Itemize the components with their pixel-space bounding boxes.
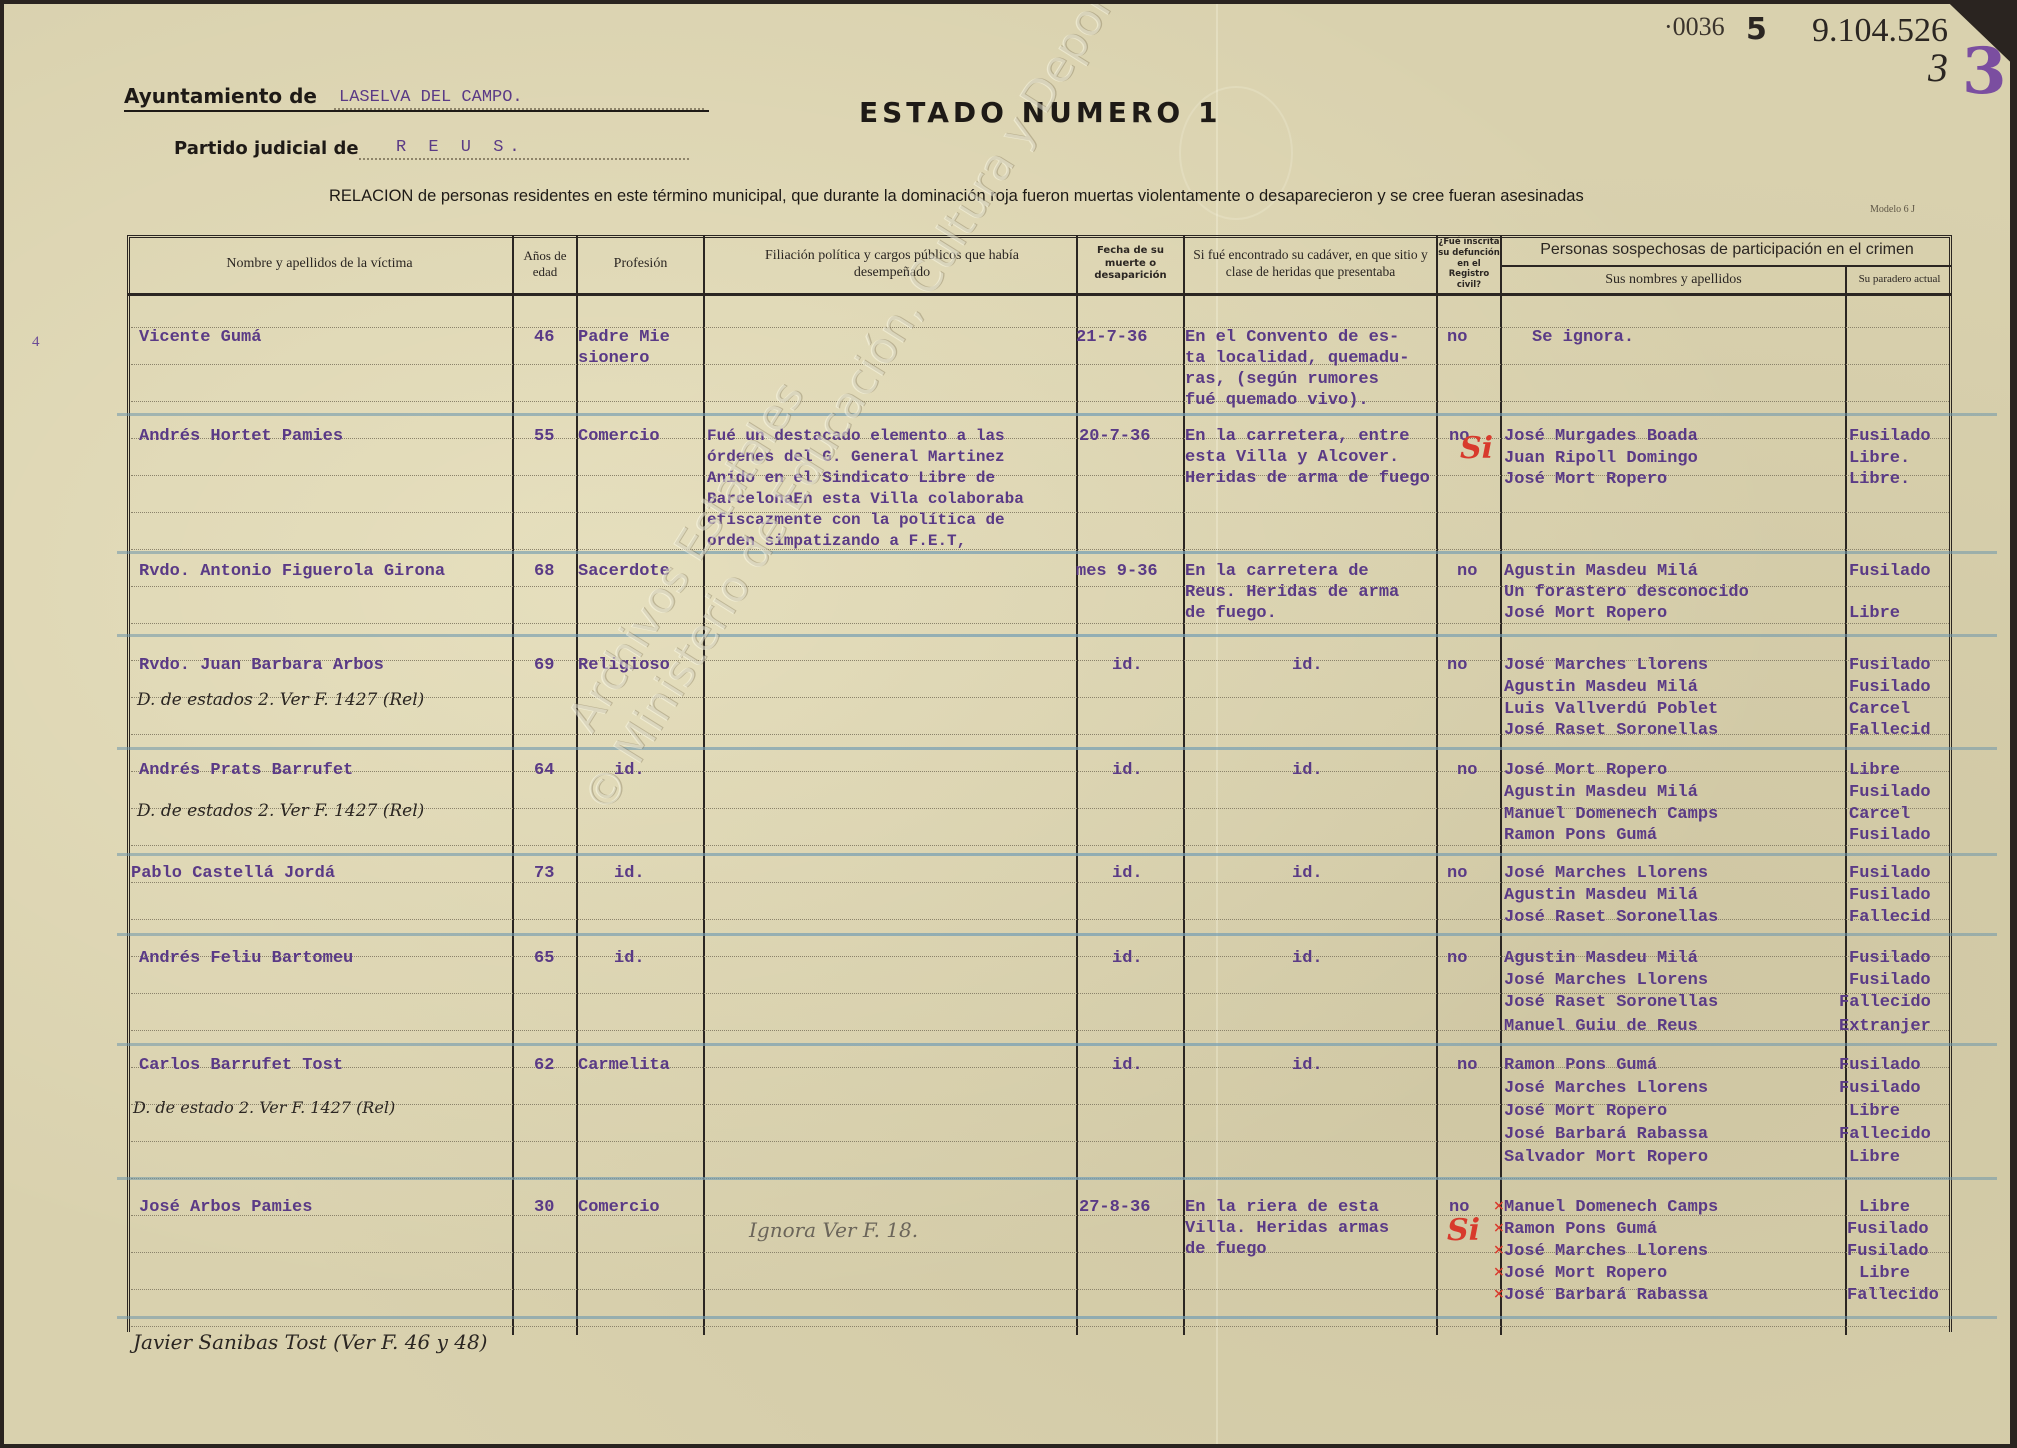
victim-name: Pablo Castellá Jordá [131, 863, 335, 884]
suspect-whereabouts: Fusilado [1847, 1241, 1929, 1262]
victim-body-found: En la riera de esta Villa. Heridas armas… [1185, 1197, 1389, 1260]
suspect-name: Manuel Domenech Camps [1504, 804, 1718, 825]
suspect-name: José Raset Soronellas [1504, 720, 1718, 741]
victim-profession: id. [614, 863, 645, 884]
ruled-line [131, 364, 1949, 365]
suspect-whereabouts: Fallecid [1849, 907, 1931, 928]
suspect-name: José Mort Ropero [1504, 469, 1667, 490]
suspect-whereabouts: Fusilado [1849, 426, 1931, 447]
suspect-name: José Marches Llorens [1504, 970, 1708, 991]
red-pencil-correction: Si [1460, 431, 1493, 466]
victim-registered: no [1457, 760, 1477, 781]
suspect-whereabouts: Fusilado [1849, 948, 1931, 969]
victim-registered: no [1457, 561, 1477, 582]
victim-body-found: id. [1292, 760, 1323, 781]
suspect-whereabouts: Fusilado [1849, 782, 1931, 803]
suspect-name: Manuel Domenech Camps [1504, 1197, 1718, 1218]
suspect-whereabouts: Fusilado [1849, 825, 1931, 846]
handwritten-note: D. de estados 2. Ver F. 1427 (Rel) [137, 690, 424, 711]
victim-date: id. [1112, 760, 1143, 781]
suspect-whereabouts: Fallecido [1839, 992, 1931, 1013]
suspect-whereabouts: Fusilado [1849, 561, 1931, 582]
ref-digit: 5 [1746, 12, 1767, 47]
suspect-whereabouts: Fusilado [1849, 655, 1931, 676]
suspect-name: Luis Vallverdú Poblet [1504, 699, 1718, 720]
suspect-name: Agustin Masdeu Milá [1504, 677, 1698, 698]
victim-date: id. [1112, 948, 1143, 969]
victim-date: id. [1112, 655, 1143, 676]
suspect-whereabouts: Libre [1859, 1197, 1910, 1218]
victim-age: 46 [534, 327, 554, 348]
row-separator [117, 933, 1997, 936]
victim-body-found: id. [1292, 863, 1323, 884]
victim-profession: Comercio [578, 1197, 660, 1218]
ruled-line [131, 845, 1949, 846]
red-pencil-correction: Si [1447, 1213, 1480, 1248]
ruled-line [131, 1326, 1949, 1327]
suspect-name: Manuel Guiu de Reus [1504, 1016, 1698, 1037]
suspect-name: Ramon Pons Gumá [1504, 1219, 1657, 1240]
victim-body-found: En la carretera de Reus. Heridas de arma… [1185, 561, 1399, 624]
folio-pencil: 3 [1928, 44, 1948, 91]
suspect-whereabouts: Fusilado [1849, 885, 1931, 906]
col-header-edad: Años de edad [514, 235, 576, 293]
suspect-whereabouts: Libre [1849, 1147, 1900, 1168]
victim-age: 68 [534, 561, 554, 582]
suspect-name: José Murgades Boada [1504, 426, 1698, 447]
suspect-whereabouts: Extranjer [1839, 1016, 1931, 1037]
col-header-nombre: Nombre y apellidos de la víctima [127, 235, 512, 293]
document-page: ·0036 5 9.104.526 3 3 4 Ayuntamiento de … [4, 4, 2010, 1444]
suspect-whereabouts: Fusilado [1849, 970, 1931, 991]
suspect-name: Agustin Masdeu Milá [1504, 782, 1698, 803]
victims-table: Nombre y apellidos de la víctima Años de… [127, 235, 1952, 1335]
ruled-line [131, 401, 1949, 402]
ruled-line [131, 475, 1949, 476]
row-separator [117, 853, 1997, 856]
suspect-whereabouts: Libre. [1849, 448, 1910, 469]
suspect-whereabouts: Fusilado [1849, 863, 1931, 884]
partido-rule [359, 158, 689, 160]
victim-age: 73 [534, 863, 554, 884]
ruled-line [131, 623, 1949, 624]
col-divider [703, 235, 705, 1335]
victim-name: Rvdo. Antonio Figuerola Girona [139, 561, 445, 582]
victim-age: 62 [534, 1055, 554, 1076]
suspect-whereabouts: Libre [1849, 1101, 1900, 1122]
row-separator [117, 1043, 1997, 1046]
victim-profession: Padre Mie sionero [578, 327, 670, 369]
ayuntamiento-label: Ayuntamiento de [124, 84, 317, 108]
row-separator [117, 551, 1997, 554]
suspect-whereabouts: Fusilado [1847, 1219, 1929, 1240]
suspect-name: José Mort Ropero [1504, 760, 1667, 781]
victim-date: id. [1112, 1055, 1143, 1076]
col-header-sosp-paradero: Su paradero actual [1847, 267, 1952, 293]
suspect-name: José Raset Soronellas [1504, 992, 1718, 1013]
suspect-name: Juan Ripoll Domingo [1504, 448, 1698, 469]
ruled-line [131, 512, 1949, 513]
suspect-whereabouts: Carcel [1849, 699, 1910, 720]
suspect-whereabouts: Fallecido [1847, 1285, 1939, 1306]
suspect-name: José Barbará Rabassa [1504, 1124, 1708, 1145]
partido-label: Partido judicial de [174, 138, 359, 159]
row-separator [117, 747, 1997, 750]
suspect-name: José Marches Llorens [1504, 655, 1708, 676]
suspect-name: Un forastero desconocido [1504, 582, 1749, 603]
folio-stamp: 3 [1962, 34, 2007, 109]
row-separator [117, 634, 1997, 637]
suspect-whereabouts: Libre. [1849, 469, 1910, 490]
suspect-name: José Raset Soronellas [1504, 907, 1718, 928]
victim-name: Vicente Gumá [139, 327, 261, 348]
ruled-line [131, 771, 1949, 772]
suspect-whereabouts: Libre [1859, 1263, 1910, 1284]
col-divider [1076, 235, 1078, 1335]
victim-age: 55 [534, 426, 554, 447]
victim-name: Carlos Barrufet Tost [139, 1055, 343, 1076]
col-header-cadaver: Si fué encontrado su cadáver, en que sit… [1185, 235, 1436, 293]
row-separator [117, 413, 1997, 416]
margin-mark: 4 [32, 334, 40, 351]
victim-registered: no [1457, 1055, 1477, 1076]
handwritten-note: D. de estado 2. Ver F. 1427 (Rel) [133, 1097, 395, 1118]
modelo-label: Modelo 6 J [1870, 204, 1915, 215]
suspect-whereabouts: Fusilado [1839, 1078, 1921, 1099]
col-divider [1436, 235, 1438, 1335]
victim-registered: no [1447, 327, 1467, 348]
suspect-name: Ramon Pons Gumá [1504, 825, 1657, 846]
suspect-name: José Mort Ropero [1504, 1263, 1667, 1284]
ruled-line [131, 327, 1949, 328]
ayuntamiento-underline [124, 110, 709, 112]
row-separator [117, 1316, 1997, 1319]
ref-prefix: ·0036 [1664, 12, 1725, 42]
victim-profession: Comercio [578, 426, 660, 447]
suspect-name: José Marches Llorens [1504, 1078, 1708, 1099]
victim-age: 69 [534, 655, 554, 676]
suspect-name: José Marches Llorens [1504, 863, 1708, 884]
victim-date: 21-7-36 [1076, 327, 1147, 348]
suspect-whereabouts: Fallecido [1839, 1124, 1931, 1145]
col-header-fecha: Fecha de su muerte o desaparición [1078, 235, 1183, 293]
victim-age: 30 [534, 1197, 554, 1218]
victim-registered: no [1447, 948, 1467, 969]
victim-name: Andrés Prats Barrufet [139, 760, 353, 781]
col-header-registro: ¿Fué inscrita su defunción en el Registr… [1438, 235, 1500, 293]
col-header-sospechosas: Personas sospechosas de participación en… [1502, 235, 1952, 265]
suspect-name: José Marches Llorens [1504, 1241, 1708, 1262]
suspect-whereabouts: Libre [1849, 760, 1900, 781]
victim-date: mes 9-36 [1076, 561, 1158, 582]
victim-age: 65 [534, 948, 554, 969]
suspect-whereabouts: Libre [1849, 603, 1900, 624]
suspect-whereabouts: Fallecid [1849, 720, 1931, 741]
victim-profession: Carmelita [578, 1055, 670, 1076]
suspect-name: Salvador Mort Ropero [1504, 1147, 1708, 1168]
header-bottom-rule [127, 293, 1952, 296]
red-check-marks: × × × × × [1493, 1195, 1505, 1305]
col-divider [512, 235, 514, 1335]
row-separator [117, 1177, 1997, 1180]
victim-date: 27-8-36 [1079, 1197, 1150, 1218]
victim-name: Rvdo. Juan Barbara Arbos [139, 655, 384, 676]
suspect-whereabouts: Fusilado [1849, 677, 1931, 698]
suspect-name: Agustin Masdeu Milá [1504, 561, 1698, 582]
victim-body-found: id. [1292, 655, 1323, 676]
victim-date: id. [1112, 863, 1143, 884]
suspect-whereabouts: Carcel [1849, 804, 1910, 825]
victim-body-found: id. [1292, 948, 1323, 969]
ruled-line [131, 549, 1949, 550]
footer-handwritten-note: Javier Sanibas Tost (Ver F. 46 y 48) [133, 1332, 487, 1353]
victim-registered: no [1447, 655, 1467, 676]
victim-body-found: En el Convento de es- ta localidad, quem… [1185, 327, 1409, 411]
handwritten-note: Ignora Ver F. 18. [749, 1220, 918, 1241]
ruled-line [131, 1067, 1949, 1068]
ruled-line [131, 1104, 1949, 1105]
victim-name: Andrés Feliu Bartomeu [139, 948, 353, 969]
suspect-name: Agustin Masdeu Milá [1504, 885, 1698, 906]
victim-date: 20-7-36 [1079, 426, 1150, 447]
ayuntamiento-value: LASELVA DEL CAMPO. [339, 88, 523, 107]
victim-registered: no [1447, 863, 1467, 884]
suspect-name: José Mort Ropero [1504, 603, 1667, 624]
victim-body-found: id. [1292, 1055, 1323, 1076]
victim-name: Andrés Hortet Pamies [139, 426, 343, 447]
col-divider [1845, 265, 1847, 1335]
partido-value: R E U S. [396, 138, 526, 157]
suspect-name: Agustin Masdeu Milá [1504, 948, 1698, 969]
victim-body-found: En la carretera, entre esta Villa y Alco… [1185, 426, 1430, 489]
suspect-whereabouts: Fusilado [1839, 1055, 1921, 1076]
suspect-name: Se ignora. [1532, 327, 1634, 348]
suspect-name: José Mort Ropero [1504, 1101, 1667, 1122]
col-divider [1500, 235, 1502, 1335]
victim-name: José Arbos Pamies [139, 1197, 312, 1218]
suspect-name: José Barbará Rabassa [1504, 1285, 1708, 1306]
col-header-sosp-nombres: Sus nombres y apellidos [1502, 267, 1845, 293]
handwritten-note: D. de estados 2. Ver F. 1427 (Rel) [137, 801, 424, 822]
victim-profession: id. [614, 948, 645, 969]
col-header-profesion: Profesión [578, 235, 703, 293]
suspect-name: Ramon Pons Gumá [1504, 1055, 1657, 1076]
